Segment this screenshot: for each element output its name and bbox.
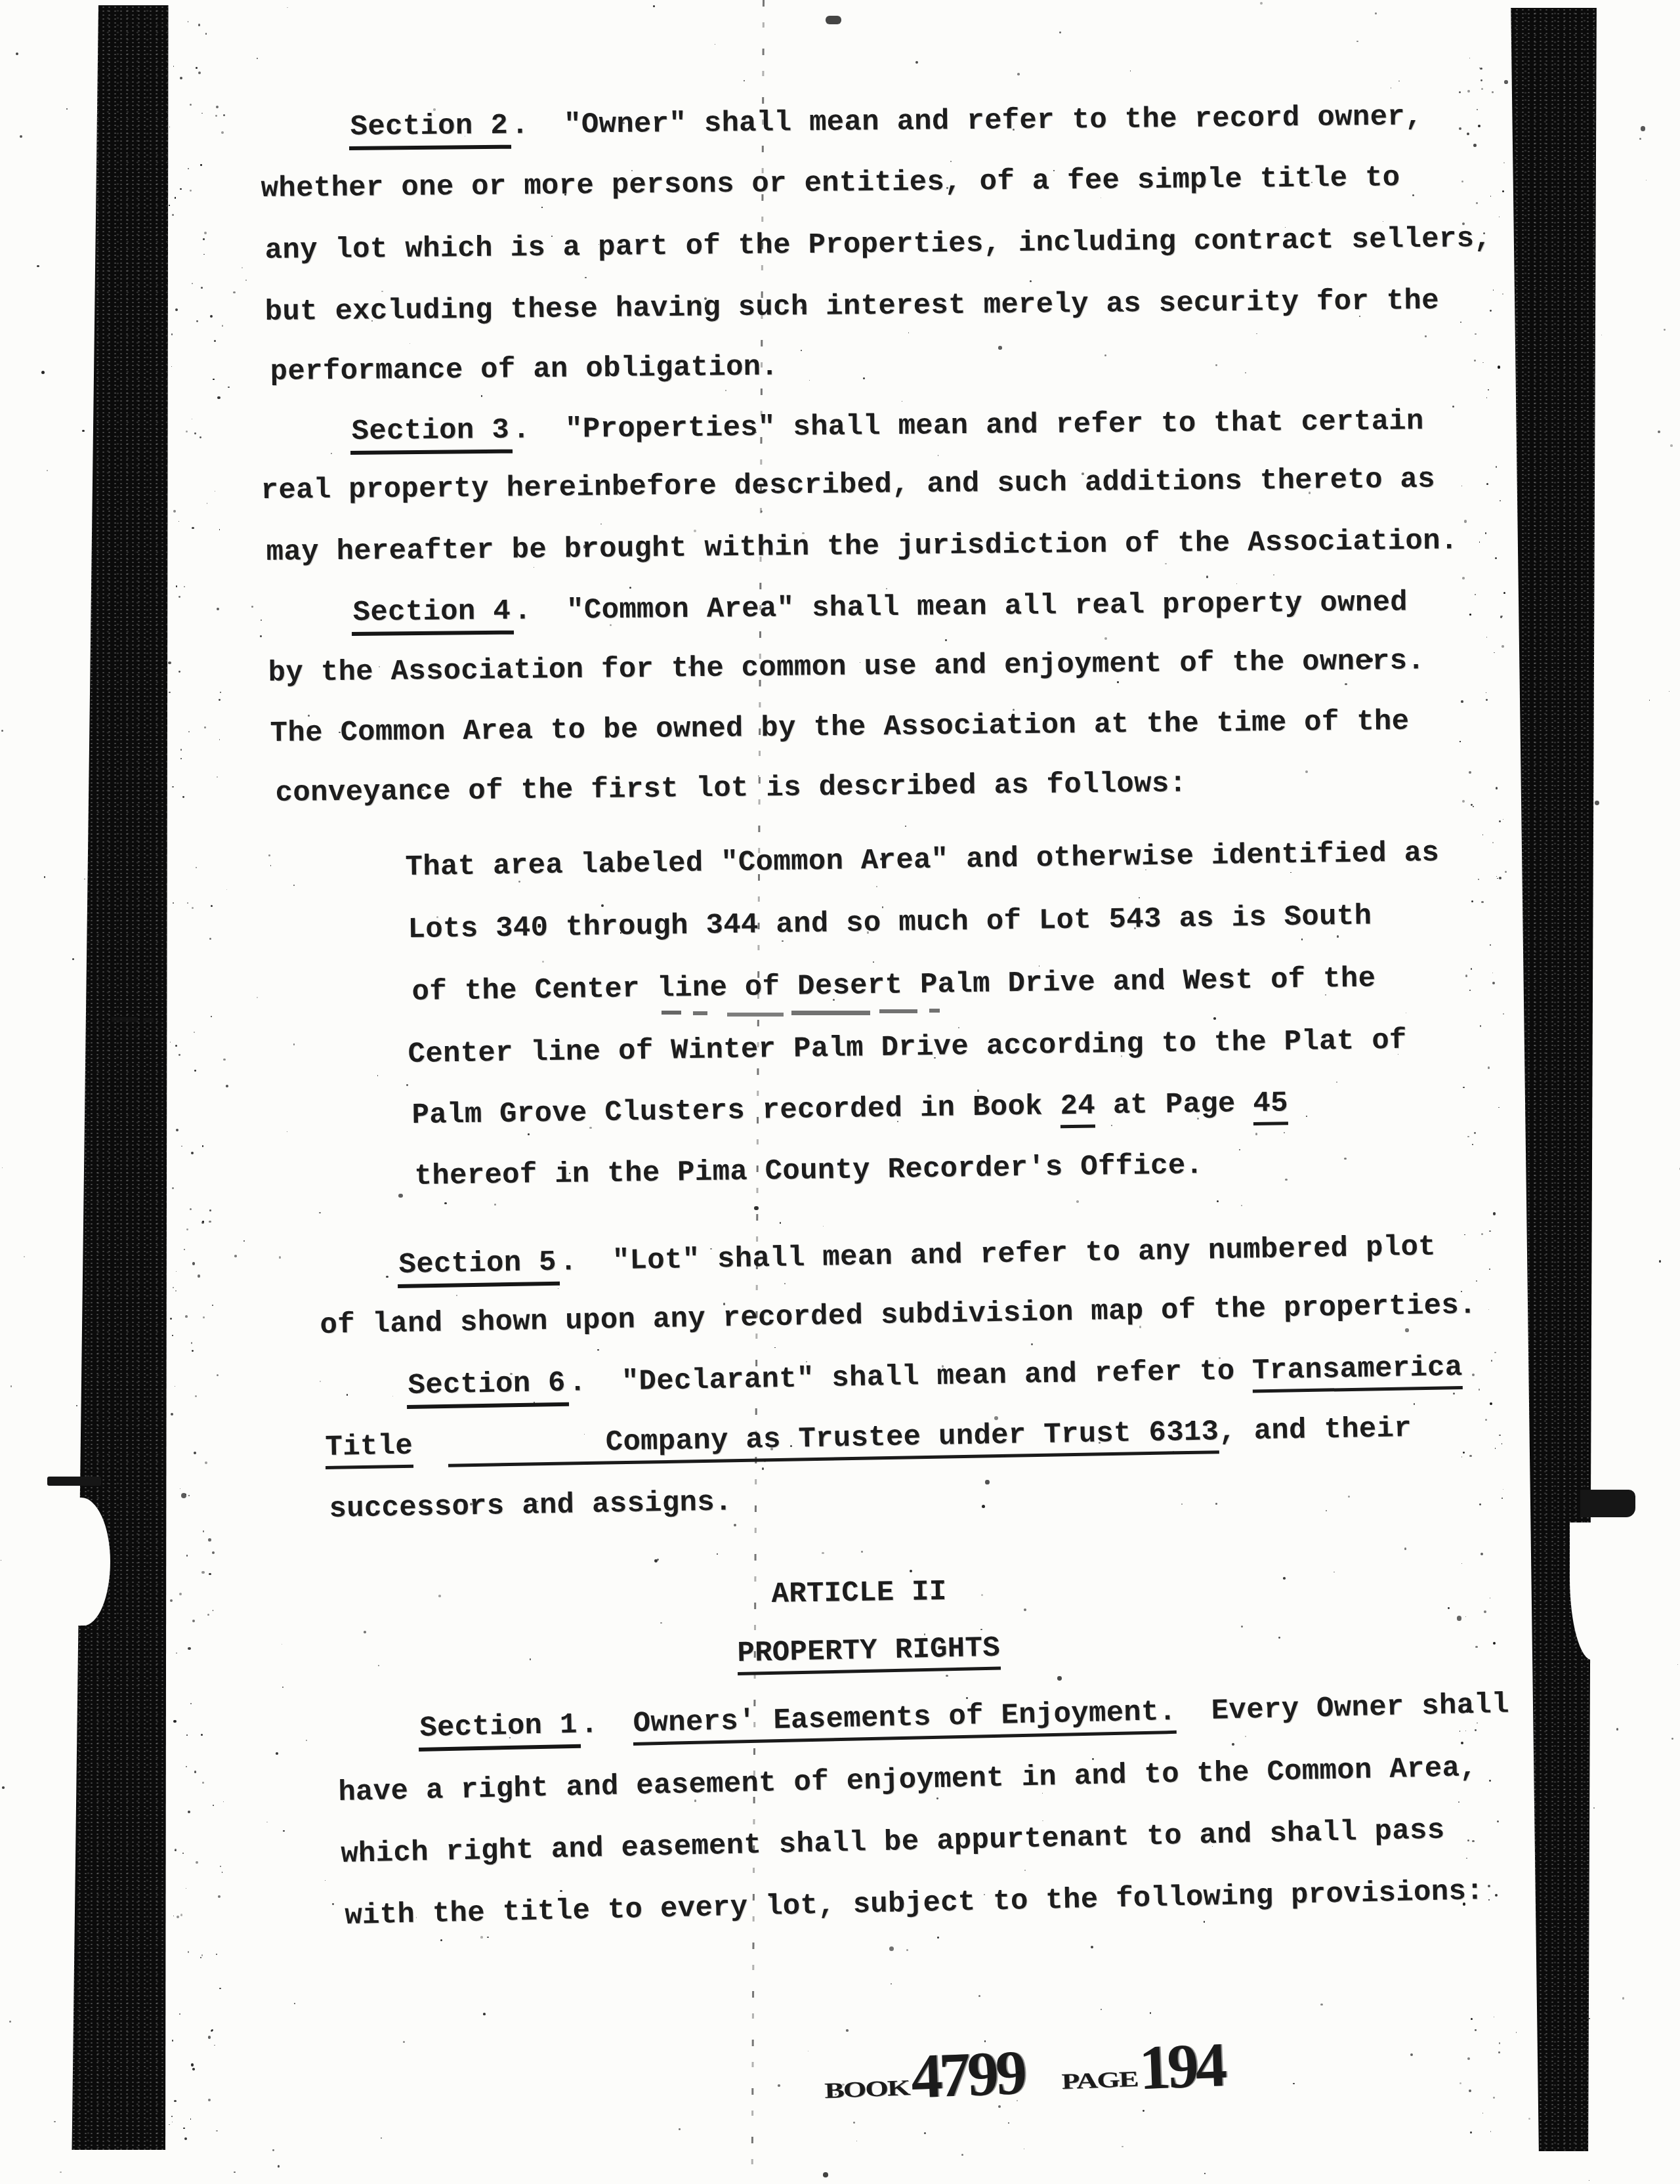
noise-speck <box>1260 2 1263 5</box>
noise-speck <box>1471 804 1473 806</box>
noise-speck <box>170 1318 172 1320</box>
line-text: , and their <box>1219 1412 1412 1448</box>
text-line: by the Association for the common use an… <box>268 644 1425 690</box>
noise-speck <box>1345 683 1347 686</box>
noise-speck <box>200 1957 201 1958</box>
noise-speck <box>181 1493 186 1498</box>
noise-speck <box>936 1797 938 1799</box>
noise-speck <box>886 588 887 589</box>
noise-speck <box>287 1131 287 1132</box>
noise-speck <box>1504 80 1508 84</box>
noise-speck <box>1492 91 1494 93</box>
noise-speck <box>223 114 225 116</box>
line-text: have a right and easement of enjoyment i… <box>338 1752 1477 1809</box>
noise-speck <box>211 2030 213 2032</box>
noise-speck <box>2 1786 5 1789</box>
noise-speck <box>1481 901 1484 904</box>
text-line: successors and assigns. <box>329 1485 732 1526</box>
noise-speck <box>958 1027 960 1029</box>
noise-speck <box>186 1734 188 1736</box>
noise-speck <box>201 113 203 114</box>
line-text: performance of an obligation. <box>270 351 779 388</box>
noise-speck <box>9 2021 11 2023</box>
noise-speck <box>846 2029 849 2032</box>
noise-speck <box>456 1295 458 1297</box>
noise-speck <box>219 529 220 530</box>
noise-speck <box>1139 897 1141 899</box>
noise-speck <box>202 1145 203 1146</box>
noise-speck <box>1460 322 1461 323</box>
noise-speck <box>1405 1328 1409 1332</box>
noise-speck <box>1461 700 1463 703</box>
noise-speck <box>440 1939 442 1941</box>
noise-speck <box>981 1594 984 1597</box>
line-text: The Common Area to be owned by the Assoc… <box>270 705 1409 750</box>
noise-speck <box>1469 771 1471 774</box>
noise-speck <box>76 1405 77 1406</box>
scan-dash <box>143 1018 154 1022</box>
noise-speck <box>1467 133 1469 135</box>
noise-speck <box>169 2124 170 2126</box>
line-text: . "Owner" shall mean and refer to the re… <box>511 100 1423 142</box>
noise-speck <box>179 2013 180 2015</box>
noise-speck <box>190 190 192 192</box>
article-title: ARTICLE II <box>771 1576 947 1611</box>
line-text: of the Center line of Desert Palm Drive … <box>411 962 1375 1009</box>
section-4-label: Section 4 <box>352 595 514 636</box>
noise-speck <box>1024 2149 1024 2149</box>
noise-speck <box>188 168 189 169</box>
noise-speck <box>209 1221 211 1223</box>
noise-speck <box>734 1524 736 1526</box>
noise-speck <box>282 1687 283 1688</box>
noise-speck <box>1496 876 1497 877</box>
noise-speck <box>209 1573 211 1575</box>
line-text: Center line of Winter Palm Drive accordi… <box>408 1024 1407 1071</box>
noise-speck <box>219 739 220 740</box>
noise-speck <box>266 1822 267 1822</box>
noise-speck <box>1480 1553 1483 1555</box>
noise-speck <box>1493 289 1494 291</box>
noise-speck <box>287 7 288 9</box>
noise-speck <box>1239 1149 1240 1150</box>
noise-speck <box>1076 1200 1079 1203</box>
noise-speck <box>808 2051 808 2051</box>
noise-speck <box>1348 1496 1350 1498</box>
noise-speck <box>175 1386 175 1387</box>
noise-speck <box>1356 41 1358 43</box>
noise-speck <box>1320 2004 1322 2005</box>
noise-speck <box>176 585 178 587</box>
noise-speck <box>1499 1435 1501 1437</box>
book-page-stamp: BOOK 4799 PAGE 194 <box>820 2028 1225 2116</box>
noise-speck <box>876 886 877 887</box>
noise-speck <box>1490 2131 1491 2131</box>
noise-speck <box>1639 138 1641 140</box>
noise-speck <box>1492 842 1494 843</box>
noise-speck <box>1488 1885 1490 1887</box>
line-text: with the title to every lot, subject to … <box>345 1875 1484 1933</box>
noise-speck <box>1493 1212 1496 1215</box>
noise-speck <box>1255 1133 1257 1135</box>
noise-speck <box>1649 700 1650 701</box>
noise-speck <box>186 1766 187 1767</box>
noise-speck <box>192 419 193 420</box>
noise-speck <box>283 1830 284 1832</box>
noise-speck <box>1285 1179 1287 1181</box>
noise-speck <box>216 2130 218 2132</box>
noise-speck <box>946 1675 948 1677</box>
noise-speck <box>207 1614 209 1616</box>
noise-speck <box>1462 800 1465 803</box>
noise-speck <box>208 2036 211 2038</box>
noise-speck <box>208 1538 211 1541</box>
noise-speck <box>319 1212 320 1213</box>
noise-speck <box>1301 938 1303 940</box>
noise-speck <box>1659 1260 1661 1262</box>
noise-speck <box>1459 2082 1461 2084</box>
noise-speck <box>192 1620 195 1622</box>
noise-speck <box>1501 1498 1503 1499</box>
noise-speck <box>774 1347 776 1349</box>
noise-speck <box>169 205 170 206</box>
noise-speck <box>205 33 207 34</box>
noise-speck <box>173 902 174 904</box>
noise-speck <box>1496 466 1498 468</box>
noise-speck <box>1488 1899 1490 1900</box>
text-line: conveyance of the first lot is described… <box>275 766 1186 810</box>
noise-speck <box>245 280 247 281</box>
noise-speck <box>1497 1820 1499 1822</box>
noise-speck <box>211 1016 212 1017</box>
noise-speck <box>378 1665 379 1666</box>
noise-speck <box>762 1467 764 1469</box>
line-text: . "Common Area" shall mean all real prop… <box>514 587 1408 628</box>
noise-speck <box>1501 616 1503 617</box>
noise-speck <box>198 72 201 74</box>
noise-speck <box>184 2137 187 2140</box>
noise-speck <box>185 1494 186 1495</box>
noise-speck <box>1490 1402 1492 1405</box>
section-5-heading-line: Section 5. "Lot" shall mean and refer to… <box>398 1230 1436 1282</box>
noise-speck <box>1616 1728 1618 1730</box>
noise-speck <box>1461 1563 1462 1564</box>
noise-speck <box>1499 2042 1501 2044</box>
noise-speck <box>184 586 185 587</box>
noise-speck <box>822 1552 824 1555</box>
scan-dash <box>661 1011 681 1015</box>
noise-speck <box>178 1054 180 1055</box>
noise-speck <box>1475 333 1477 335</box>
noise-speck <box>222 1872 223 1873</box>
noise-speck <box>1467 1136 1469 1138</box>
noise-speck <box>203 254 205 255</box>
easements-heading: Owners' Easements of Enjoyment. <box>633 1696 1177 1746</box>
noise-speck <box>202 1782 204 1784</box>
noise-speck <box>84 879 85 880</box>
noise-speck <box>215 115 217 117</box>
noise-speck <box>1336 1081 1337 1083</box>
scan-dash <box>112 1017 138 1022</box>
noise-speck <box>16 52 18 55</box>
scan-dash <box>879 1009 917 1013</box>
noise-speck <box>481 395 482 396</box>
noise-speck <box>1503 1013 1504 1015</box>
noise-speck <box>1414 1403 1415 1404</box>
noise-speck <box>175 1045 177 1047</box>
noise-speck <box>1469 58 1470 58</box>
noise-speck <box>172 1187 174 1189</box>
noise-speck <box>1326 1510 1327 1511</box>
noise-speck <box>243 1240 244 1241</box>
noise-speck <box>1448 1607 1450 1609</box>
noise-speck <box>176 1271 177 1272</box>
noise-speck <box>1484 1610 1486 1613</box>
noise-speck <box>293 1043 295 1045</box>
noise-speck <box>1465 975 1467 976</box>
noise-speck <box>1206 576 1208 577</box>
noise-speck <box>1245 372 1246 373</box>
noise-speck <box>1474 1132 1476 1134</box>
noise-speck <box>185 1315 188 1318</box>
noise-speck <box>1481 88 1483 90</box>
noise-speck <box>1273 574 1274 576</box>
noise-speck <box>1479 1389 1480 1391</box>
noise-speck <box>211 905 213 907</box>
text-line: whether one or more persons or entities,… <box>261 161 1400 206</box>
line-text: . "Lot" shall mean and refer to any numb… <box>559 1230 1436 1278</box>
page-stamp-label: PAGE <box>1061 2067 1138 2095</box>
noise-speck <box>1284 1132 1285 1133</box>
noise-speck <box>44 876 45 877</box>
blank-underline <box>448 1427 606 1467</box>
noise-speck <box>717 1553 718 1555</box>
noise-speck <box>1465 1616 1466 1617</box>
noise-speck <box>217 396 220 399</box>
indented-text-line: That area labeled "Common Area" and othe… <box>405 836 1439 885</box>
noise-speck <box>1490 944 1491 946</box>
fill-gap <box>413 1429 448 1463</box>
line-text: . <box>580 1708 633 1742</box>
noise-speck <box>1383 221 1383 222</box>
noise-speck <box>534 567 534 568</box>
noise-speck <box>213 1610 214 1611</box>
noise-speck <box>1503 162 1505 163</box>
noise-speck <box>172 1335 173 1336</box>
noise-speck <box>1463 1452 1465 1454</box>
line-text: . "Properties" shall mean and refer to t… <box>513 405 1424 446</box>
noise-speck <box>1452 406 1454 408</box>
noise-speck <box>1499 877 1501 879</box>
noise-speck <box>180 1488 180 1489</box>
noise-speck <box>653 5 655 7</box>
noise-speck <box>177 1916 179 1918</box>
noise-speck <box>1458 1801 1459 1802</box>
noise-speck <box>192 283 193 284</box>
noise-speck <box>1215 1503 1217 1504</box>
noise-speck <box>196 67 197 68</box>
noise-speck <box>201 1734 203 1736</box>
noise-speck <box>744 80 745 81</box>
noise-speck <box>1477 1723 1477 1723</box>
noise-speck <box>223 1059 226 1061</box>
noise-speck <box>272 2149 274 2151</box>
noise-speck <box>1478 125 1480 127</box>
indented-text-line: of the Center line of Desert Palm Drive … <box>411 961 1375 1009</box>
noise-speck <box>173 1916 174 1916</box>
noise-speck <box>217 1374 219 1376</box>
noise-speck <box>945 639 947 641</box>
noise-speck <box>60 2172 61 2173</box>
noise-speck <box>937 1937 938 1938</box>
noise-speck <box>171 1413 173 1416</box>
noise-speck <box>218 1895 220 1898</box>
noise-speck <box>188 1495 190 1497</box>
noise-speck <box>1213 1017 1216 1020</box>
noise-speck <box>205 1461 207 1464</box>
noise-speck <box>487 1937 489 1939</box>
noise-speck <box>906 1949 908 1951</box>
noise-speck <box>966 1697 968 1699</box>
noise-speck <box>982 1505 985 1508</box>
noise-speck <box>725 390 726 391</box>
noise-speck <box>778 2084 780 2087</box>
noise-speck <box>1469 1455 1472 1458</box>
noise-speck <box>1477 109 1478 110</box>
noise-speck <box>853 2122 855 2124</box>
noise-speck <box>1498 2051 1500 2053</box>
noise-speck <box>1469 2089 1471 2092</box>
noise-speck <box>1459 1731 1461 1732</box>
scan-mark-top <box>826 16 841 24</box>
noise-speck <box>194 432 196 434</box>
noise-speck <box>1459 741 1461 742</box>
noise-speck <box>1472 1840 1475 1843</box>
noise-speck <box>924 2132 926 2134</box>
noise-speck <box>1165 563 1167 565</box>
noise-speck <box>213 379 215 381</box>
noise-speck <box>600 524 602 525</box>
noise-speck <box>1101 2009 1101 2009</box>
noise-speck <box>398 1194 403 1198</box>
noise-speck <box>494 1204 496 1206</box>
noise-speck <box>41 371 45 374</box>
noise-speck <box>186 430 188 432</box>
noise-speck <box>480 1936 482 1938</box>
noise-speck <box>1479 68 1480 68</box>
noise-speck <box>1499 820 1501 823</box>
noise-speck <box>1482 362 1483 363</box>
line-text: whether one or more persons or entities,… <box>261 161 1400 205</box>
line-text: Every Owner shall <box>1176 1689 1509 1729</box>
noise-speck <box>214 2045 215 2046</box>
noise-speck <box>1475 594 1476 595</box>
noise-speck <box>1494 2017 1494 2017</box>
noise-speck <box>1464 520 1467 522</box>
noise-speck <box>1589 2180 1589 2181</box>
noise-speck <box>1057 1676 1062 1681</box>
noise-speck <box>1481 1233 1483 1235</box>
page-number-ref: 45 <box>1253 1087 1288 1125</box>
noise-speck <box>180 749 182 750</box>
noise-speck <box>216 1954 217 1955</box>
noise-speck <box>1664 329 1666 331</box>
noise-speck <box>191 1152 194 1154</box>
noise-speck <box>226 889 227 890</box>
noise-speck <box>950 161 952 162</box>
noise-speck <box>601 904 604 907</box>
text-line: performance of an obligation. <box>270 350 779 389</box>
text-line: with the title to every lot, subject to … <box>345 1874 1484 1933</box>
noise-speck <box>176 1652 177 1654</box>
noise-speck <box>1412 194 1414 196</box>
noise-speck <box>1490 196 1491 196</box>
noise-speck <box>1473 144 1476 146</box>
noise-speck <box>1425 335 1427 337</box>
noise-speck <box>1031 1343 1033 1345</box>
page-stamp-number: 194 <box>1138 2028 1225 2104</box>
line-text: Palm Grove Clusters recorded in Book <box>411 1090 1060 1132</box>
noise-speck <box>1017 73 1020 75</box>
noise-speck <box>403 2041 405 2043</box>
noise-speck <box>203 1530 204 1532</box>
noise-speck <box>169 127 170 127</box>
noise-speck <box>1337 935 1339 938</box>
noise-speck <box>1493 1642 1496 1645</box>
noise-speck <box>1494 1352 1496 1353</box>
noise-speck <box>191 2063 194 2066</box>
noise-speck <box>528 1133 530 1135</box>
section-5-label: Section 5 <box>397 1246 560 1288</box>
noise-speck <box>175 308 178 311</box>
property-rights-title: PROPERTY RIGHTS <box>737 1632 1001 1675</box>
noise-speck <box>1333 1572 1334 1572</box>
declarant-fill-in-line: Title Company as Trustee under Trust 631… <box>325 1412 1412 1465</box>
noise-speck <box>938 455 938 455</box>
text-line: may hereafter be brought within the juri… <box>266 524 1458 570</box>
noise-speck <box>257 997 258 998</box>
noise-speck <box>910 1570 912 1572</box>
noise-speck <box>1008 2122 1009 2124</box>
noise-speck <box>190 1703 191 1704</box>
noise-speck <box>171 366 172 367</box>
noise-speck <box>381 2137 382 2139</box>
noise-speck <box>260 635 262 637</box>
trustee-phrase: Company as Trustee under Trust 6313 <box>605 1416 1219 1464</box>
noise-speck <box>1475 2029 1477 2031</box>
noise-speck <box>196 867 197 868</box>
noise-speck <box>178 596 180 598</box>
noise-speck <box>438 1595 441 1597</box>
noise-speck <box>1622 1997 1625 2000</box>
noise-speck <box>1204 2173 1206 2174</box>
noise-speck <box>1181 1503 1183 1505</box>
noise-speck <box>222 325 223 326</box>
noise-speck <box>1486 397 1488 398</box>
noise-speck <box>194 1032 195 1033</box>
noise-speck <box>558 1288 558 1289</box>
noise-speck <box>978 1995 980 1997</box>
noise-speck <box>186 1555 188 1556</box>
noise-speck <box>1130 70 1131 72</box>
noise-speck <box>241 267 243 268</box>
noise-speck <box>175 197 176 198</box>
noise-speck <box>1516 2032 1517 2032</box>
noise-speck <box>54 2121 56 2123</box>
line-text: of land shown upon any recorded subdivis… <box>320 1289 1477 1342</box>
noise-speck <box>211 2029 213 2031</box>
noise-speck <box>541 207 542 207</box>
